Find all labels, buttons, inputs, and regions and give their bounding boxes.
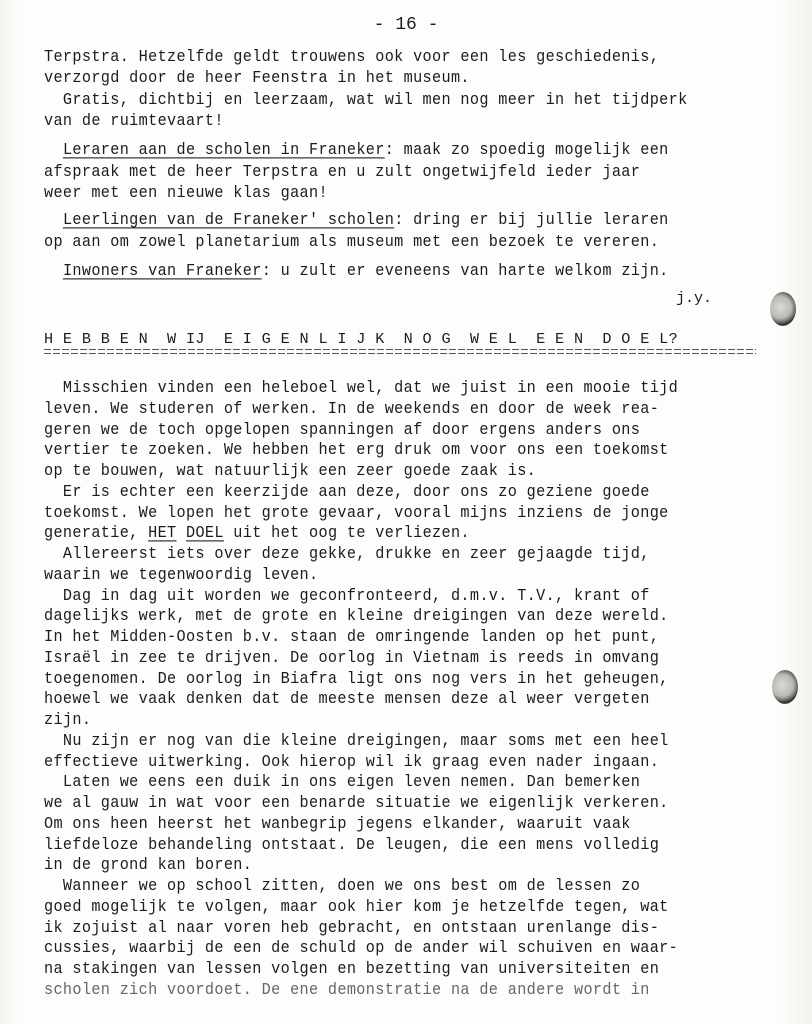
article-line: Laten we eens een duik in ons eigen leve…	[44, 771, 640, 793]
text-line: weer met een nieuwe klas gaan!	[44, 182, 328, 204]
text-line: op aan om zowel planetarium als museum m…	[44, 231, 659, 253]
page-number: - 16 -	[0, 15, 812, 35]
article-line: zijn.	[44, 709, 91, 731]
article-line: cussies, waarbij de een de schuld op de …	[44, 937, 678, 959]
article-line: Wanneer we op school zitten, doen we ons…	[44, 875, 640, 897]
address-heading: Leraren aan de scholen in Franeker	[63, 140, 385, 159]
article-line: liefdeloze behandeling ontstaat. De leug…	[44, 834, 659, 856]
article-line: goed mogelijk te volgen, maar ook hier k…	[44, 896, 669, 918]
title-double-underline	[44, 349, 756, 355]
article-line: leven. We studeren of werken. In de week…	[44, 398, 659, 420]
signature: j.y.	[676, 290, 712, 307]
binder-hole-icon	[772, 670, 798, 704]
article-line: generatie, HET DOEL uit het oog te verli…	[44, 522, 470, 544]
address-teachers: Leraren aan de scholen in Franeker: maak…	[44, 139, 669, 161]
text-line: Gratis, dichtbij en leerzaam, wat wil me…	[44, 89, 688, 111]
address-heading: Leerlingen van de Franeker' scholen	[63, 210, 394, 229]
article-line: Dag in dag uit worden we geconfronteerd,…	[44, 585, 650, 607]
emphasized-word: DOEL	[186, 523, 224, 542]
article-line: geren we de toch opgelopen spanningen af…	[44, 419, 640, 441]
document-page: - 16 - Terpstra. Hetzelfde geldt trouwen…	[0, 0, 812, 1024]
article-line: Er is echter een keerzijde aan deze, doo…	[44, 481, 650, 503]
binder-hole-icon	[770, 292, 796, 326]
article-line: Israël in zee te drijven. De oorlog in V…	[44, 647, 659, 669]
article-line: waarin we tegenwoordig leven.	[44, 564, 318, 586]
article-line: we al gauw in wat voor een benarde situa…	[44, 792, 669, 814]
article-line: na stakingen van lessen volgen en bezett…	[44, 958, 659, 980]
text-line: afspraak met de heer Terpstra en u zult …	[44, 161, 640, 183]
article-line: hoewel we vaak denken dat de meeste mens…	[44, 688, 650, 710]
article-line: scholen zich voordoet. De ene demonstrat…	[44, 979, 650, 1001]
article-line: in de grond kan boren.	[44, 854, 252, 876]
article-line: ik zojuist al naar voren heb gebracht, e…	[44, 917, 659, 939]
article-line: dagelijks werk, met de grote en kleine d…	[44, 605, 669, 627]
article-line: toekomst. We lopen het grote gevaar, voo…	[44, 502, 669, 524]
emphasized-word: HET	[148, 523, 176, 542]
article-line: toegenomen. De oorlog in Biafra ligt ons…	[44, 668, 669, 690]
article-line: Misschien vinden een heleboel wel, dat w…	[44, 377, 678, 399]
article-line: Om ons heen heerst het wanbegrip jegens …	[44, 813, 631, 835]
article-line: Nu zijn er nog van die kleine dreigingen…	[44, 730, 669, 752]
article-line: effectieve uitwerking. Ook hierop wil ik…	[44, 751, 659, 773]
article-title: H E B B E N W IJ E I G E N L I J K N O G…	[44, 330, 678, 348]
text-line: verzorgd door de heer Feenstra in het mu…	[44, 67, 470, 89]
article-line: Allereerst iets over deze gekke, drukke …	[44, 543, 650, 565]
article-line: In het Midden-Oosten b.v. staan de omrin…	[44, 626, 659, 648]
text-line: van de ruimtevaart!	[44, 110, 224, 132]
address-heading: Inwoners van Franeker	[63, 261, 262, 280]
article-line: op te bouwen, wat natuurlijk een zeer go…	[44, 460, 536, 482]
address-pupils: Leerlingen van de Franeker' scholen: dri…	[44, 209, 669, 231]
text-line: Terpstra. Hetzelfde geldt trouwens ook v…	[44, 46, 659, 68]
article-line: vertier te zoeken. We hebben het erg dru…	[44, 439, 669, 461]
address-residents: Inwoners van Franeker: u zult er eveneen…	[44, 260, 669, 282]
